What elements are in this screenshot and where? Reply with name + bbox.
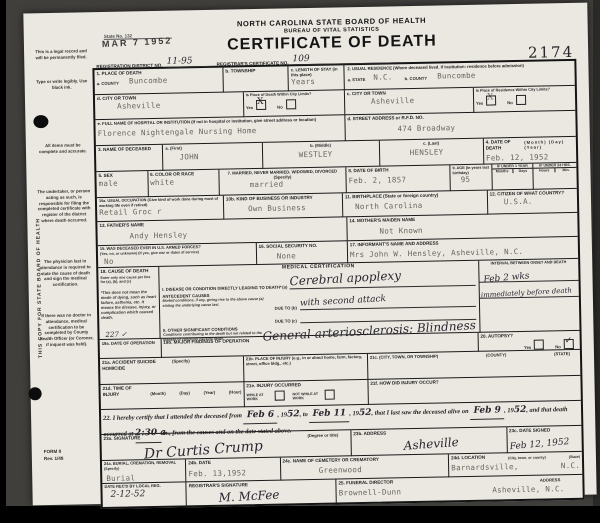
field-autopsy: 20. AUTOPSY? Yes No ✓ xyxy=(478,331,580,352)
cause-scrawl: 227 ✓ xyxy=(105,331,127,339)
residence-limits-yes-checkbox: X xyxy=(486,95,496,105)
certificate-serial-number: 2174 xyxy=(528,43,575,62)
field-occupation: 10a. USUAL OCCUPATION (Give kind of work… xyxy=(97,196,224,222)
city-of-death-value: Asheville xyxy=(117,99,241,110)
ssn-value: None xyxy=(277,250,345,260)
last-name-value: HENSLEY xyxy=(410,147,481,157)
date-signed-value: Feb 12, 1952 xyxy=(509,436,569,451)
citizen-value: U.S.A. xyxy=(504,195,575,205)
field-if-under-1-year: IF UNDER 1 YEAR Months Days xyxy=(492,164,534,191)
death-limits-yes-checkbox: X xyxy=(256,100,266,110)
field-place-of-death-county: 1. PLACE OF DEATH a. COUNTY Buncombe xyxy=(94,68,223,95)
field-date-of-birth: 8. DATE OF BIRTH Feb. 2, 1857 xyxy=(346,165,451,193)
margin-note-undertaker: The undertaker, or person acting as such… xyxy=(37,188,92,224)
field-death-city-limits: Is Place of Death Within City Limits? Ye… xyxy=(244,90,346,117)
field-residence-city-limits: Is Place of Residence Within City Limits… xyxy=(474,86,576,113)
attended-from-year: 52 xyxy=(287,409,300,419)
while-at-work-checkbox xyxy=(274,390,284,400)
date-received-value: 2-12-52 xyxy=(110,488,183,499)
armed-forces-value: No xyxy=(104,257,114,266)
dob-value: Feb. 2, 1857 xyxy=(348,174,447,185)
margin-note-no-doctor: If there was no doctor in attendance, me… xyxy=(39,312,94,348)
field-residence-city: c. CITY OR TOWN Asheville xyxy=(345,88,474,115)
field-if-under-24-hrs: IF UNDER 24 HRS. Hours Min. xyxy=(534,163,577,190)
sex-value: male xyxy=(99,178,146,188)
business-value: Own Business xyxy=(248,202,340,213)
field-age: 9. AGE (In years last birthday) 95 xyxy=(450,164,492,191)
field-name-of-deceased: 3. NAME OF DECEASED xyxy=(96,145,164,172)
first-name-value: JOHN xyxy=(179,151,259,162)
informant-value: Mrs John W. Hensley, Asheville, N.C. xyxy=(350,245,576,258)
residence-city-value: Asheville xyxy=(371,94,471,105)
field-armed-forces: 15. WAS DECEASED EVER IN U.S. ARMED FORC… xyxy=(98,243,257,268)
attended-from-value: Feb 6 xyxy=(243,408,277,425)
certificate-header: State No. 132 MAR 7 1952 NORTH CAROLINA … xyxy=(91,11,576,68)
field-race: 6. COLOR OR RACE white xyxy=(148,170,220,197)
reg-district-value: 11-95 xyxy=(166,56,212,68)
burial-date-value: Feb. 13,1952 xyxy=(188,467,277,478)
reg-cert-value: 109 xyxy=(292,52,402,65)
cemetery-state-value: N.C. xyxy=(561,460,580,469)
race-value: white xyxy=(150,176,217,186)
field-marital-status: 7. MARRIED, NEVER MARRIED, WIDOWED, DIVO… xyxy=(219,167,346,195)
field-business: 10b. KIND OF BUSINESS OR INDUSTRY Own Bu… xyxy=(224,193,343,219)
institution-value: Florence Nightengale Nursing Home xyxy=(98,124,343,138)
last-alive-value: Feb 9 xyxy=(470,403,504,420)
certificate-form: State No. 132 MAR 7 1952 NORTH CAROLINA … xyxy=(91,11,584,509)
field-cemetery-location: 24d. LOCATION (City, town, or county) (S… xyxy=(449,452,582,478)
residence-limits-no-checkbox xyxy=(516,95,526,105)
margin-note-complete: All items must be complete and accurate. xyxy=(36,142,90,155)
field-funeral-director: 25. FUNERAL DIRECTOR ADDRESS Brownell-Du… xyxy=(336,475,582,503)
field-sex: 5. SEX male xyxy=(96,171,148,198)
birthplace-value: North Carolina xyxy=(355,199,485,210)
field-date-received: DATE REC'D BY LOCAL REG. 2-12-52 xyxy=(102,482,187,507)
field-birthplace: 11. BIRTHPLACE (State or foreign country… xyxy=(343,191,488,218)
cemetery-location-value: Barnardsville, xyxy=(451,462,519,472)
residence-county-value: Buncombe xyxy=(437,71,476,81)
field-middle-name: b. (Middle) WESTLEY xyxy=(262,141,379,169)
field-city-of-death: d. CITY OR TOWN Asheville xyxy=(95,92,244,120)
field-length-of-stay: c. LENGTH OF STAY (in this place) Years xyxy=(289,65,345,91)
margin-note-legal: This is a legal record and will be perma… xyxy=(34,48,88,61)
field-last-name: c. (Last) HENSLEY xyxy=(379,139,484,167)
field-time-of-injury: 21d. TIME OF INJURY (Month) (Day) (Year)… xyxy=(100,382,244,410)
cause-a-value: Cerebral apoplexy xyxy=(289,268,401,288)
last-alive-year: 52 xyxy=(514,405,527,415)
street-address-value: 474 Broadway xyxy=(397,120,573,132)
punch-hole-icon xyxy=(33,115,48,128)
funeral-address-value: Asheville, N.C. xyxy=(492,484,564,494)
field-ssn: 16. SOCIAL SECURITY NO. None xyxy=(256,241,348,265)
punch-hole-icon xyxy=(29,387,42,400)
field-accident-suicide-homicide: 21a. ACCIDENT SUICIDE HOMICIDE (Specify) xyxy=(100,356,244,385)
field-operation-date: 19a. DATE OF OPERATION xyxy=(100,339,162,359)
margin-note-physician: The physician last in attendance is requ… xyxy=(38,258,93,288)
field-first-name: a. (First) JOHN xyxy=(163,143,263,171)
attended-to-year: 52 xyxy=(359,408,372,418)
father-value: Andy Hensley xyxy=(130,227,345,240)
stay-value: Years xyxy=(291,76,342,86)
burial-type-value: Burial xyxy=(106,473,135,483)
field-injury-location: 21c. (CITY, TOWN, OR TOWNSHIP) (COUNTY) … xyxy=(368,350,581,380)
cause-b-value: with second attack xyxy=(300,294,387,309)
occupation-value: Retail Groc r xyxy=(99,206,221,217)
header-titles: NORTH CAROLINA STATE BOARD OF HEALTH BUR… xyxy=(181,15,482,56)
date-of-death-value: Feb. 12, 1952 xyxy=(486,152,574,163)
residence-state-value: N.C. xyxy=(373,72,392,81)
form-number: FORM 8 Rev. 1/48 xyxy=(44,449,64,463)
county-value: Buncombe xyxy=(129,75,168,85)
funeral-director-value: Brownell-Dunn xyxy=(339,487,402,497)
marital-value: married xyxy=(250,178,344,189)
interval-b-value: immediately before death xyxy=(480,286,571,299)
field-place-of-injury: 21b. PLACE OF INJURY (e.g., in or about … xyxy=(244,354,368,382)
certificate-paper: THIS COPY FOR STATE BOARD OF HEALTH This… xyxy=(23,3,596,506)
field-date-of-death: 4. DATE OF DEATH (Month) (Day) (Year) Fe… xyxy=(484,137,577,165)
mother-value: Not Known xyxy=(379,222,575,235)
age-value: 95 xyxy=(461,175,490,185)
field-registrar-signature: REGISTRAR'S SIGNATURE M. McFee xyxy=(187,480,337,506)
death-limits-no-checkbox xyxy=(286,99,296,109)
field-citizen: 12. CITIZEN OF WHAT COUNTRY? U.S.A. xyxy=(488,189,578,215)
field-burial-date: 24b. DATE Feb. 13,1952 xyxy=(186,458,281,483)
margin-note-legibly: Type or write legibly. Use black ink. xyxy=(35,78,89,91)
field-township: b. TOWNSHIP xyxy=(223,66,289,92)
field-cause-of-death-sidebar: 18. CAUSE OF DEATH Enter only one cause … xyxy=(98,267,160,340)
middle-name-value: WESTLEY xyxy=(299,149,377,159)
field-medical-certification: MEDICAL CERTIFICATION I. DISEASE OR COND… xyxy=(159,261,480,339)
field-physician-address: 23b. ADDRESS Asheville xyxy=(351,427,507,456)
autopsy-yes-checkbox xyxy=(534,339,544,349)
field-cemetery: 24c. NAME OF CEMETERY OR CREMATORY Green… xyxy=(280,454,449,480)
attended-to-value: Feb 11 xyxy=(309,406,349,423)
field-burial-type: 24a. BURIAL, CREMATION, REMOVAL (Specify… xyxy=(102,459,187,484)
autopsy-no-checkbox: ✓ xyxy=(564,338,574,348)
not-while-at-work-checkbox xyxy=(324,389,334,399)
form-grid: 1. PLACE OF DEATH a. COUNTY Buncombe b. … xyxy=(92,59,584,509)
field-injury-occurred: 21e. INJURY OCCURRED WHILE AT WORK NOT W… xyxy=(244,380,368,407)
field-date-signed: 23c. DATE SIGNED Feb 12, 1952 xyxy=(507,426,582,453)
field-interval-onset-death: INTERVAL BETWEEN ONSET AND DEATH Feb 2 w… xyxy=(479,259,580,333)
cemetery-value: Greenwood xyxy=(319,463,447,474)
